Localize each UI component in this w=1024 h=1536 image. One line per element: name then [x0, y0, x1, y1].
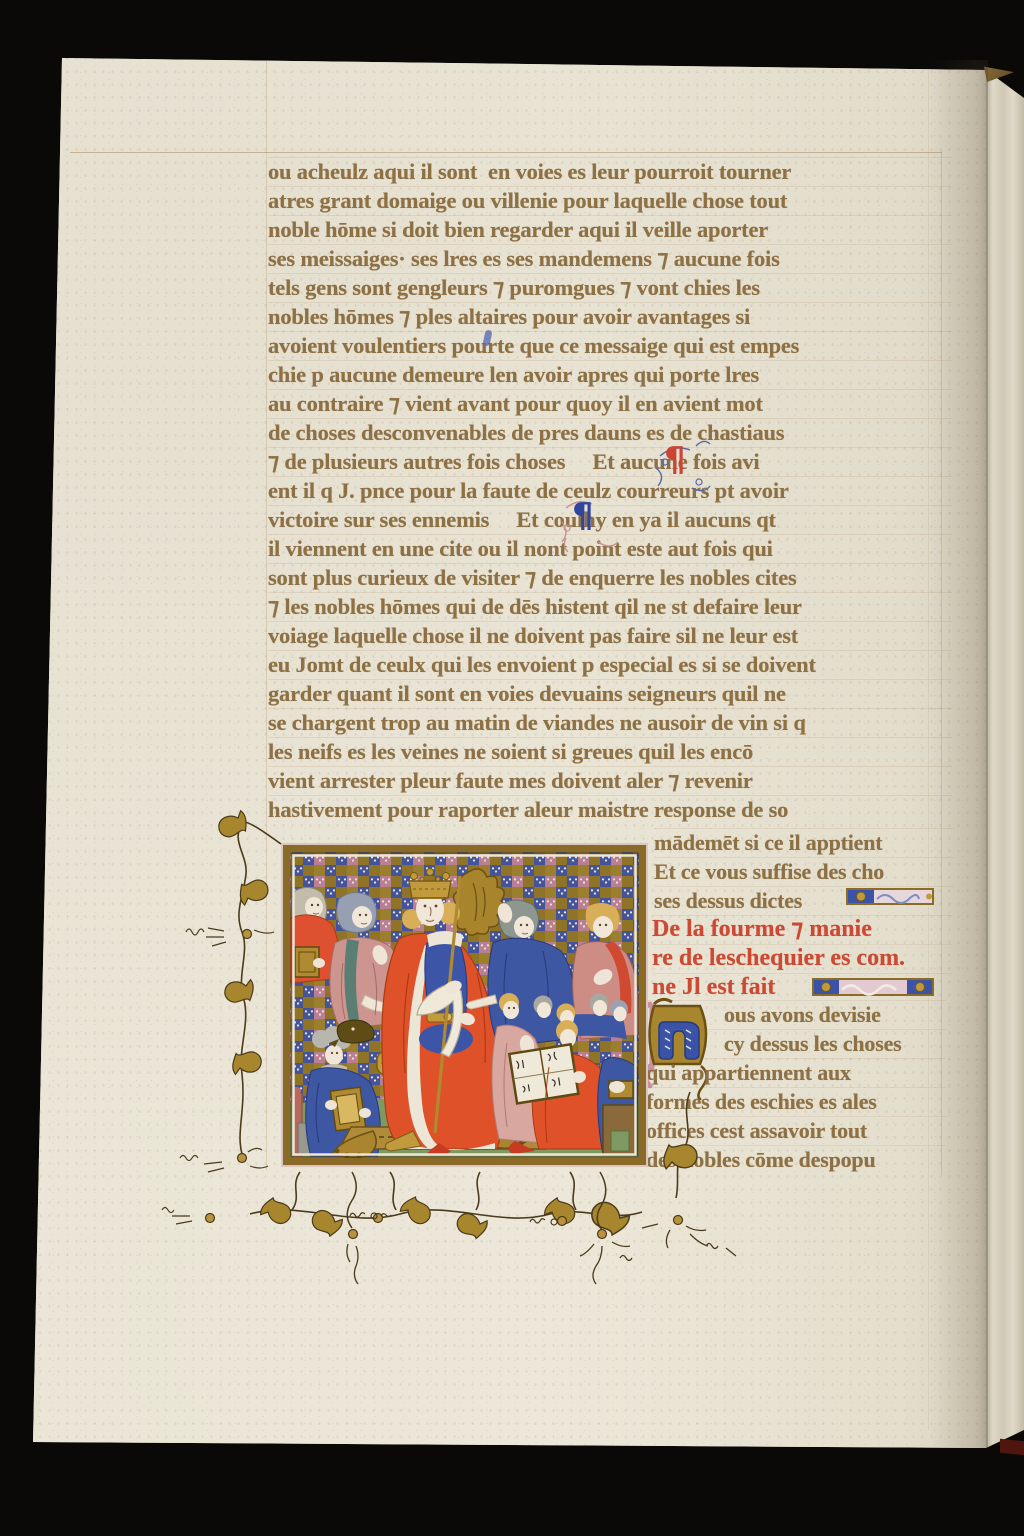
initial-tail-vine: [642, 1092, 736, 1256]
left-margin-vine: [180, 808, 281, 1172]
text-line: sont plus curieux de visiter ⁊ de enquer…: [268, 563, 952, 592]
text-line: ou acheulz aqui il sont en voies es leur…: [268, 157, 952, 186]
text-line: eu Jomt de ceulx qui les envoient p espe…: [268, 650, 952, 679]
book-fore-edge-pages: [986, 70, 1024, 1448]
text-line: noble hōme si doit bien regarder aqui il…: [268, 215, 952, 244]
text-line: tels gens sont gengleurs ⁊ puromgues ⁊ v…: [268, 273, 952, 302]
pilcrow-blue: ¶: [560, 494, 606, 546]
main-text-block: ou acheulz aqui il sont en voies es leur…: [268, 157, 952, 824]
text-line: ⁊ de plusieurs autres fois choses Et auc…: [268, 447, 952, 476]
bottom-border-vine: [162, 1172, 642, 1284]
text-line: les neifs es les veines ne soient si gre…: [268, 737, 952, 766]
text-line: garder quant il sont en voies devuains s…: [268, 679, 952, 708]
marginal-vine-flourishes: [150, 780, 830, 1360]
pilcrow-red-glyph: ¶: [664, 438, 686, 482]
text-line: nobles hōmes ⁊ ples altaires pour avoir …: [268, 302, 952, 331]
pilcrow-blue-glyph: ¶: [572, 494, 594, 538]
text-line: de choses desconvenables de pres dauns e…: [268, 418, 952, 447]
text-line: atres grant domaige ou villenie pour laq…: [268, 186, 952, 215]
text-line: ⁊ les nobles hōmes qui de dēs histent qi…: [268, 592, 952, 621]
text-line: chie p aucune demeure len avoir apres qu…: [268, 360, 952, 389]
pilcrow-red: ¶: [652, 438, 698, 490]
line-filler-ornament: [846, 886, 936, 908]
manuscript-photo: ou acheulz aqui il sont en voies es leur…: [0, 0, 1024, 1536]
text-line: se chargent trop au matin de viandes ne …: [268, 708, 952, 737]
ruling-top-horizontal: [70, 152, 942, 153]
text-line: ses meissaiges· ses lres es ses mandemen…: [268, 244, 952, 273]
text-line: au contraire ⁊ vient avant pour quoy il …: [268, 389, 952, 418]
text-line: avoient voulentiers pourte que ce messai…: [268, 331, 952, 360]
line-filler-ornament-2: [812, 976, 936, 999]
page-corner-fold: [984, 60, 1014, 82]
book-cover-edge: [1000, 1439, 1024, 1456]
text-line: voiage laquelle chose il ne doivent pas …: [268, 621, 952, 650]
